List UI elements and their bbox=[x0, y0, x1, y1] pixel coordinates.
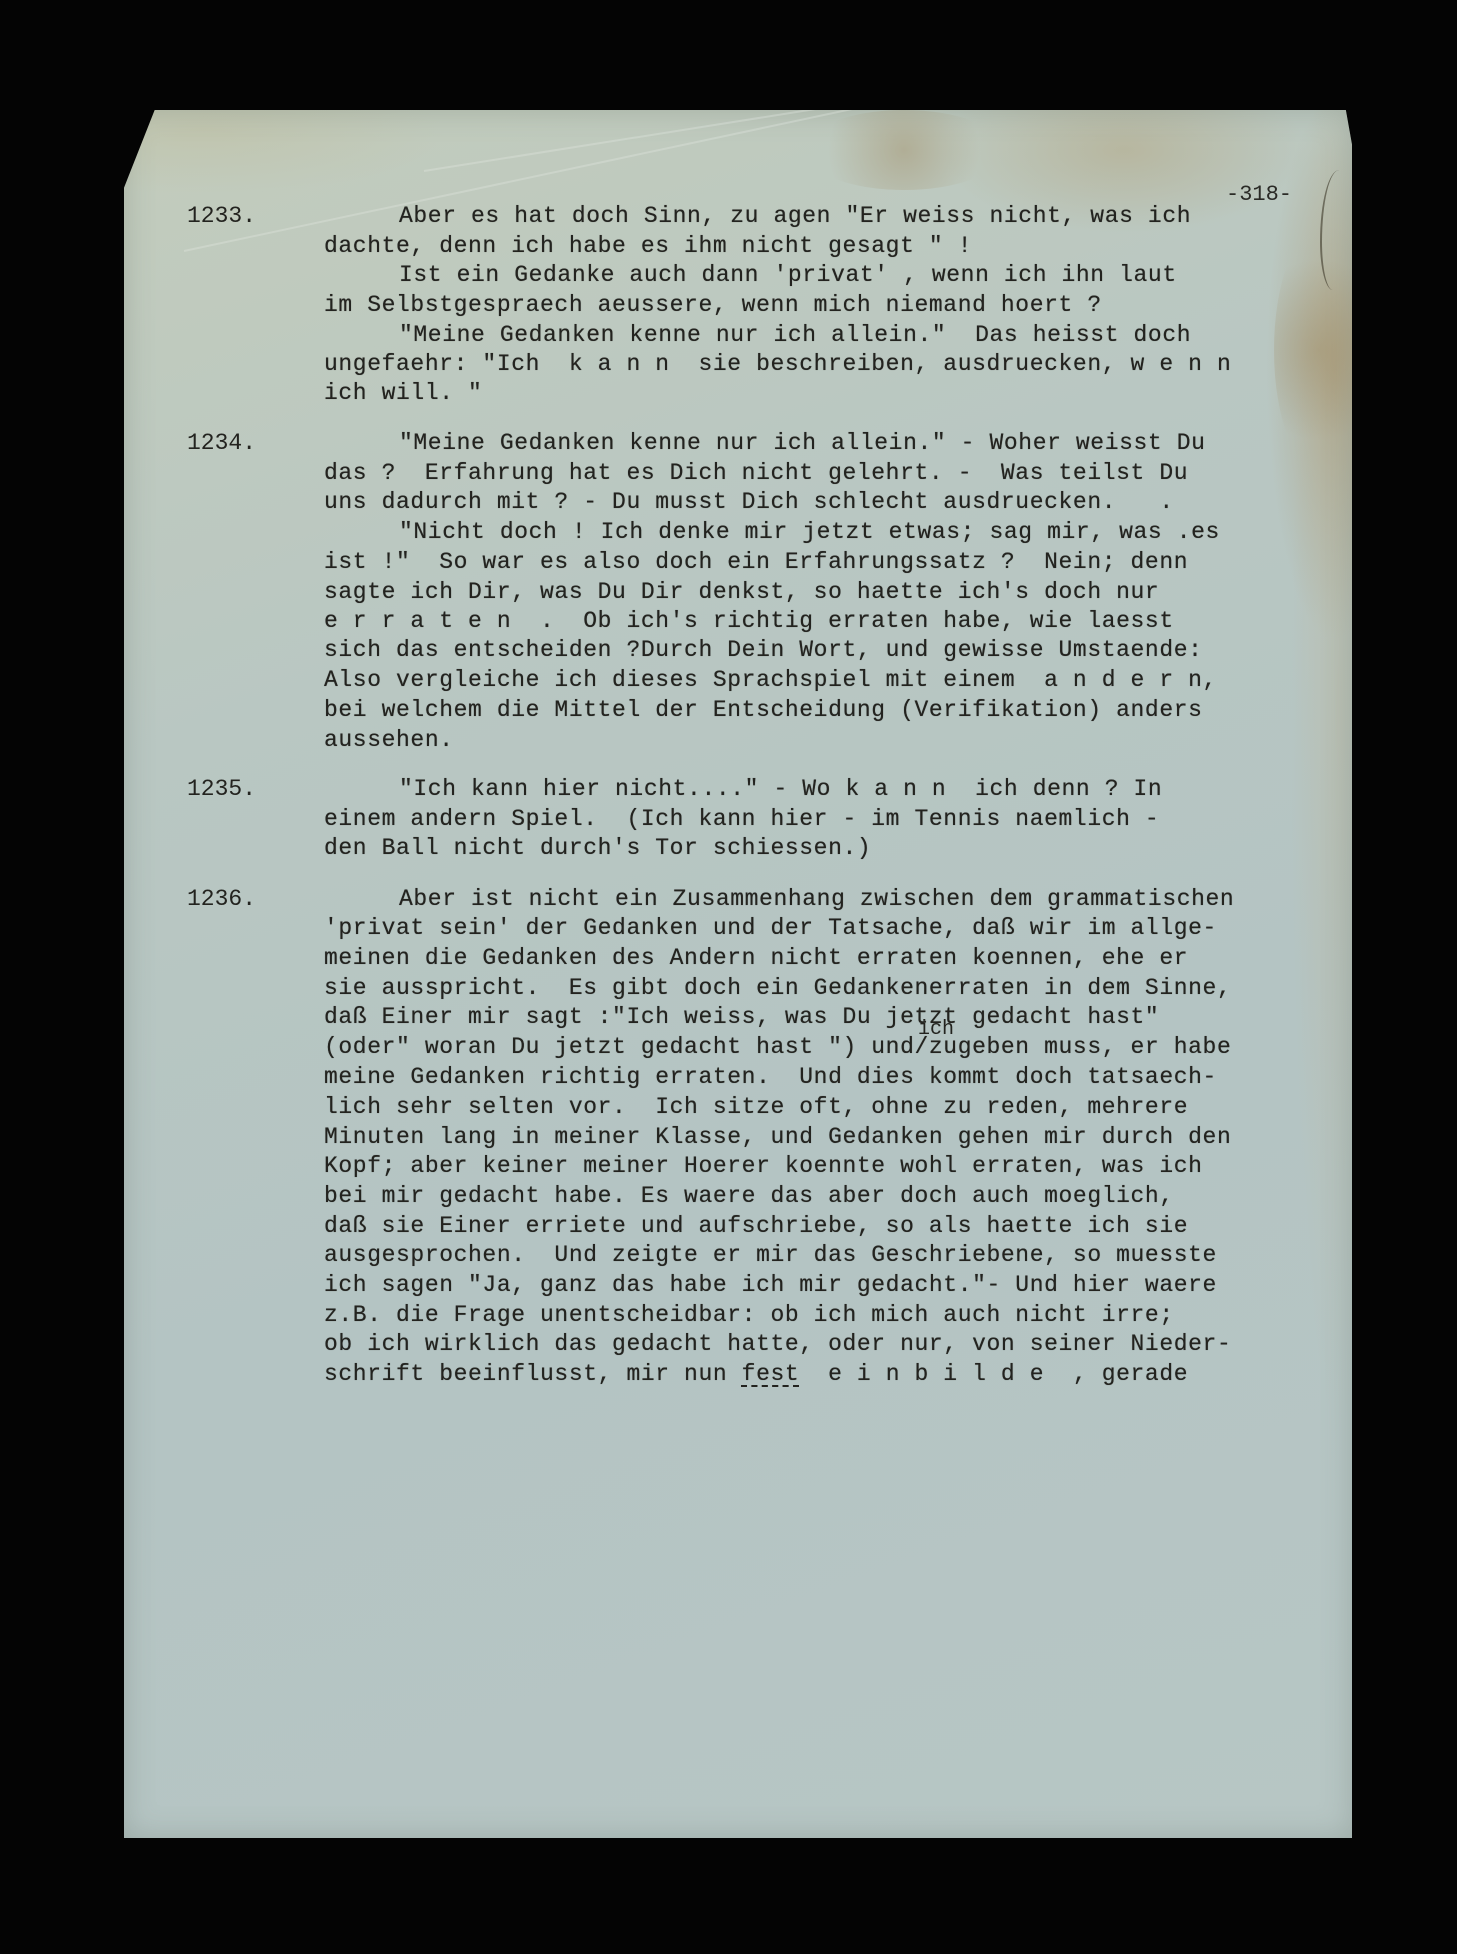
text-line: sie ausspricht. Es gibt doch ein Gedanke… bbox=[324, 975, 1231, 1001]
text-line-last: schrift beeinflusst, mir nun fest e i n … bbox=[324, 1361, 1188, 1387]
text-line: dachte, denn ich habe es ihm nicht gesag… bbox=[324, 233, 972, 259]
typescript-page: -318- 1233. Aber es hat doch Sinn, zu ag… bbox=[124, 110, 1352, 1838]
text-line: aussehen. bbox=[324, 727, 454, 753]
torn-edge bbox=[1320, 170, 1352, 290]
underlined-word: fest bbox=[742, 1361, 800, 1387]
text-line: uns dadurch mit ? - Du musst Dich schlec… bbox=[324, 489, 1174, 515]
text-line: ob ich wirklich das gedacht hatte, oder … bbox=[324, 1331, 1231, 1357]
water-stain bbox=[804, 110, 1004, 190]
text-line: daß Einer mir sagt :"Ich weiss, was Du j… bbox=[324, 1004, 1159, 1030]
text-line: z.B. die Frage unentscheidbar: ob ich mi… bbox=[324, 1302, 1174, 1328]
text-line: meinen die Gedanken des Andern nicht err… bbox=[324, 945, 1188, 971]
text-line: bei mir gedacht habe. Es waere das aber … bbox=[324, 1183, 1174, 1209]
text-line: lich sehr selten vor. Ich sitze oft, ohn… bbox=[324, 1094, 1188, 1120]
text-line: e r r a t e n . Ob ich's richtig erraten… bbox=[324, 608, 1174, 634]
text-line: ungefaehr: "Ich k a n n sie beschreiben,… bbox=[324, 351, 1231, 377]
paper-crease bbox=[184, 104, 869, 251]
text-line: sagte ich Dir, was Du Dir denkst, so hae… bbox=[324, 579, 1159, 605]
text-line: (oder" woran Du jetzt gedacht hast ") un… bbox=[324, 1034, 1231, 1060]
paragraph-number: 1235. bbox=[187, 776, 256, 802]
text-line: den Ball nicht durch's Tor schiessen.) bbox=[324, 835, 871, 861]
text-line: daß sie Einer erriete und aufschriebe, s… bbox=[324, 1213, 1188, 1239]
text-line: "Nicht doch ! Ich denke mir jetzt etwas;… bbox=[399, 519, 1220, 545]
text-line: ich sagen "Ja, ganz das habe ich mir ged… bbox=[324, 1272, 1217, 1298]
text-line: "Ich kann hier nicht...." - Wo k a n n i… bbox=[399, 776, 1162, 802]
text-line: Also vergleiche ich dieses Sprachspiel m… bbox=[324, 667, 1217, 693]
text-line: meine Gedanken richtig erraten. Und dies… bbox=[324, 1064, 1217, 1090]
text-line: "Meine Gedanken kenne nur ich allein." D… bbox=[399, 322, 1191, 348]
text-line: ich will. " bbox=[324, 380, 482, 406]
text-line: einem andern Spiel. (Ich kann hier - im … bbox=[324, 806, 1159, 832]
text-line: sich das entscheiden ?Durch Dein Wort, u… bbox=[324, 637, 1203, 663]
text-line: im Selbstgespraech aeussere, wenn mich n… bbox=[324, 292, 1102, 318]
text-line: Aber ist nicht ein Zusammenhang zwischen… bbox=[399, 886, 1234, 912]
paragraph-number: 1234. bbox=[187, 430, 256, 456]
text-line: Ist ein Gedanke auch dann 'privat' , wen… bbox=[399, 262, 1177, 288]
paragraph-number: 1233. bbox=[187, 203, 256, 229]
text-line: bei welchem die Mittel der Entscheidung … bbox=[324, 697, 1203, 723]
text-line-tail: e i n b i l d e , gerade bbox=[799, 1361, 1188, 1387]
text-line: "Meine Gedanken kenne nur ich allein." -… bbox=[399, 430, 1206, 456]
text-line-start: schrift beeinflusst, mir nun bbox=[324, 1361, 742, 1387]
text-line: Aber es hat doch Sinn, zu agen "Er weiss… bbox=[399, 203, 1191, 229]
text-line: Minuten lang in meiner Klasse, und Gedan… bbox=[324, 1124, 1231, 1150]
text-line: ist !" So war es also doch ein Erfahrung… bbox=[324, 549, 1188, 575]
page-number: -318- bbox=[1226, 182, 1292, 207]
text-line: 'privat sein' der Gedanken und der Tatsa… bbox=[324, 915, 1217, 941]
paragraph-number: 1236. bbox=[187, 886, 256, 912]
text-line: ausgesprochen. Und zeigte er mir das Ges… bbox=[324, 1242, 1217, 1268]
scan-background: -318- 1233. Aber es hat doch Sinn, zu ag… bbox=[0, 0, 1457, 1954]
text-line: das ? Erfahrung hat es Dich nicht gelehr… bbox=[324, 460, 1188, 486]
text-line: Kopf; aber keiner meiner Hoerer koennte … bbox=[324, 1153, 1203, 1179]
